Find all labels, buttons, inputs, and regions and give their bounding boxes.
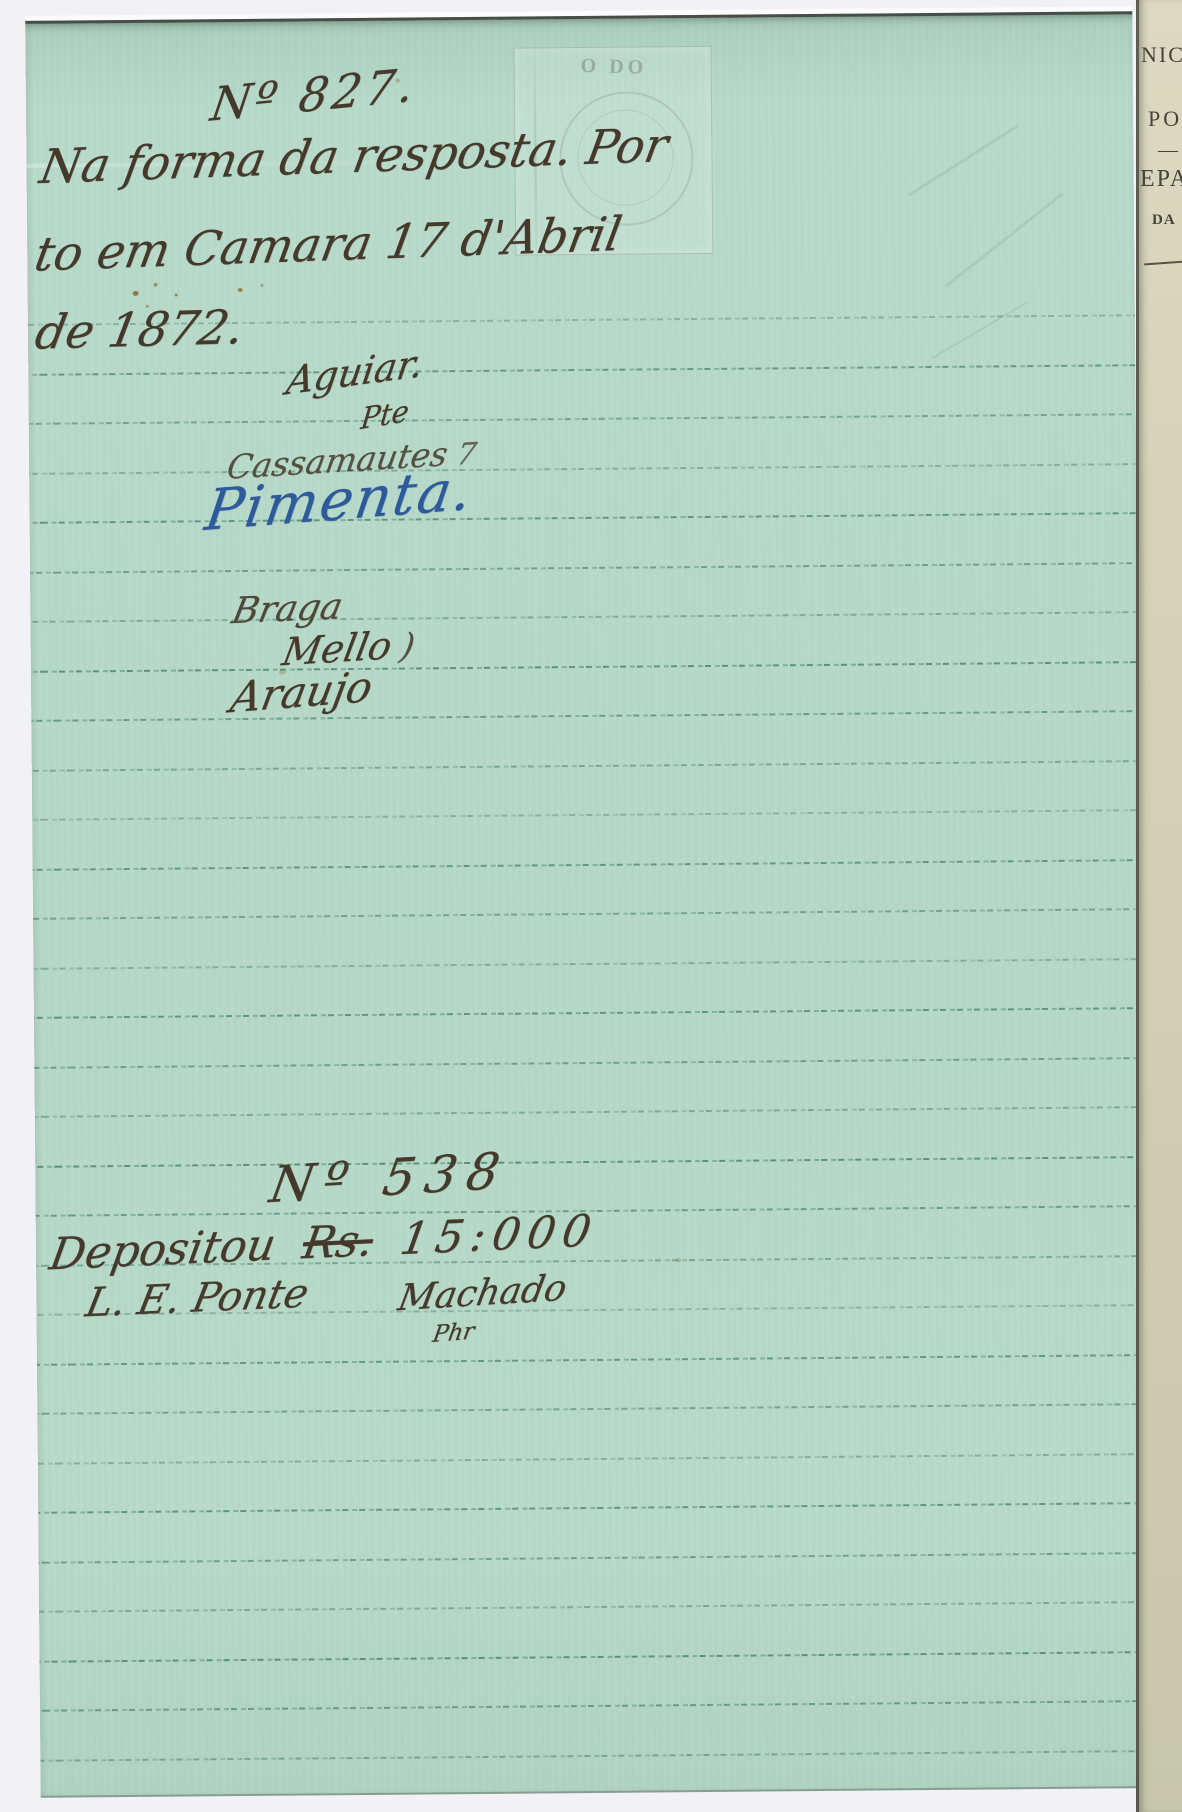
ruled-line xyxy=(40,1651,1147,1663)
foxing-spot xyxy=(133,291,139,296)
ruled-line xyxy=(29,413,1136,425)
ruled-lines-layer xyxy=(25,14,1132,24)
adjacent-header-fragment: PO xyxy=(1148,106,1182,132)
ink-bleedthrough xyxy=(907,124,1018,196)
ruled-line xyxy=(28,364,1135,376)
ruled-line xyxy=(35,1106,1142,1118)
ruled-line xyxy=(30,512,1137,524)
ruled-line xyxy=(34,1007,1141,1019)
ruled-line xyxy=(37,1354,1144,1366)
scanned-document: { "scan": { "description": "Scanned 1872… xyxy=(0,0,1182,1812)
foxing-spot xyxy=(238,288,243,292)
ruled-line xyxy=(31,710,1138,722)
deposit-amount: 15:000 xyxy=(396,1205,601,1265)
adjacent-page: NICI PO — EPA DA xyxy=(1136,0,1182,1812)
adjacent-header-fragment: NICI xyxy=(1141,42,1182,68)
ruled-line xyxy=(33,859,1140,871)
ruled-line xyxy=(32,809,1139,821)
ruled-line xyxy=(38,1502,1145,1514)
signature-braga: Braga xyxy=(229,589,346,630)
ink-bleedthrough xyxy=(944,192,1063,288)
signature-araujo: Araujo xyxy=(227,666,375,720)
signature-aguiar: Aguiar. xyxy=(284,344,426,401)
ruled-line xyxy=(39,1601,1146,1613)
adjacent-header-rule xyxy=(1144,261,1182,266)
foxing-spot xyxy=(261,284,264,287)
ruled-line xyxy=(40,1750,1147,1762)
adjacent-header-fragment: EPA xyxy=(1140,166,1182,193)
blue-ruled-sheet: O DO Nº 827. Na forma da resposta. Por t… xyxy=(25,11,1147,1798)
foxing-spot xyxy=(154,283,158,287)
adjacent-header-fragment: — xyxy=(1158,139,1178,162)
deposit-line: Depositou Rs. 15:000 xyxy=(46,1209,601,1277)
docket-number: Nº 827. xyxy=(208,61,421,128)
ruled-line xyxy=(34,958,1141,970)
signature-machado-title: Phr xyxy=(431,1320,476,1347)
ruled-line xyxy=(29,463,1136,475)
ruled-line xyxy=(34,1057,1141,1069)
deposit-verb: Depositou xyxy=(46,1219,280,1280)
stamp-embossed-text: O DO xyxy=(580,55,647,80)
ruled-line xyxy=(33,908,1140,920)
deposit-number: Nº 538 xyxy=(266,1145,513,1210)
ruled-line xyxy=(32,760,1139,772)
ruled-line xyxy=(37,1403,1144,1415)
ruled-line xyxy=(30,562,1137,574)
foxing-spot xyxy=(175,294,178,297)
ruled-line xyxy=(35,1156,1142,1168)
ruled-line xyxy=(31,661,1138,673)
decision-line-3: de 1872. xyxy=(32,304,248,357)
adjacent-header-fragment: DA xyxy=(1152,212,1176,229)
ruled-line xyxy=(31,611,1138,623)
signature-ponte: L. E. Ponte xyxy=(82,1273,312,1323)
ruled-line xyxy=(40,1700,1147,1712)
ruled-line xyxy=(38,1453,1145,1465)
foxing-spot xyxy=(676,1258,681,1262)
ruled-line xyxy=(39,1552,1146,1564)
deposit-currency: Rs. xyxy=(299,1215,377,1269)
ink-bleedthrough xyxy=(931,302,1027,360)
signature-aguiar-title: Pte xyxy=(359,396,410,434)
